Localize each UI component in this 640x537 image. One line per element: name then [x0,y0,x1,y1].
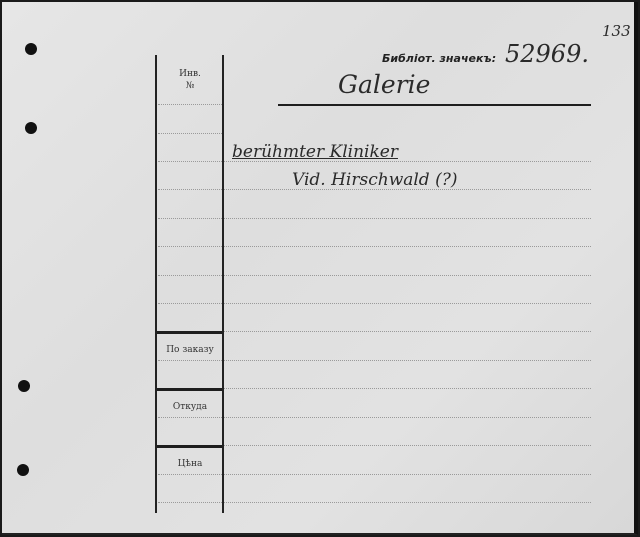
by-order-label: По заказу [158,345,222,355]
punch-hole-icon [25,122,37,134]
left-row-rule [158,502,222,503]
inv-label: Инв. № [158,68,222,92]
left-row-rule [158,360,222,361]
page-number: 133 [602,22,631,40]
row-rule [224,275,591,276]
row-rule [224,303,591,304]
left-row-rule [158,474,222,475]
card-title: Galerie [338,70,430,99]
left-row-rule [158,275,222,276]
catalog-card: 133 Библiот. значекъ: 52969. Galerie Инв… [2,2,638,535]
punch-hole-icon [18,380,30,392]
entry-line-2: Vid. Hirschwald (?) [292,170,457,190]
title-underline [278,104,591,106]
price-label: Цѣна [158,459,222,469]
section-divider [157,445,222,448]
library-mark-value: 52969. [505,40,589,68]
left-row-rule [158,246,222,247]
left-row-rule [158,303,222,304]
row-rule [224,502,591,503]
section-divider [157,388,222,391]
punch-hole-icon [25,43,37,55]
row-rule [224,417,591,418]
library-mark-label: Библiот. значекъ: [382,52,496,65]
source-label: Откуда [158,402,222,412]
left-row-rule [158,104,222,105]
punch-hole-icon [17,464,29,476]
left-row-rule [158,218,222,219]
row-rule [224,388,591,389]
row-rule [224,360,591,361]
left-row-rule [158,189,222,190]
left-row-rule [158,417,222,418]
entry-line-1: berühmter Kliniker [232,142,398,162]
row-rule [224,246,591,247]
row-rule [224,445,591,446]
section-divider [157,331,222,334]
row-rule [224,218,591,219]
left-row-rule [158,161,222,162]
left-row-rule [158,133,222,134]
row-rule [224,474,591,475]
row-rule [224,331,591,332]
